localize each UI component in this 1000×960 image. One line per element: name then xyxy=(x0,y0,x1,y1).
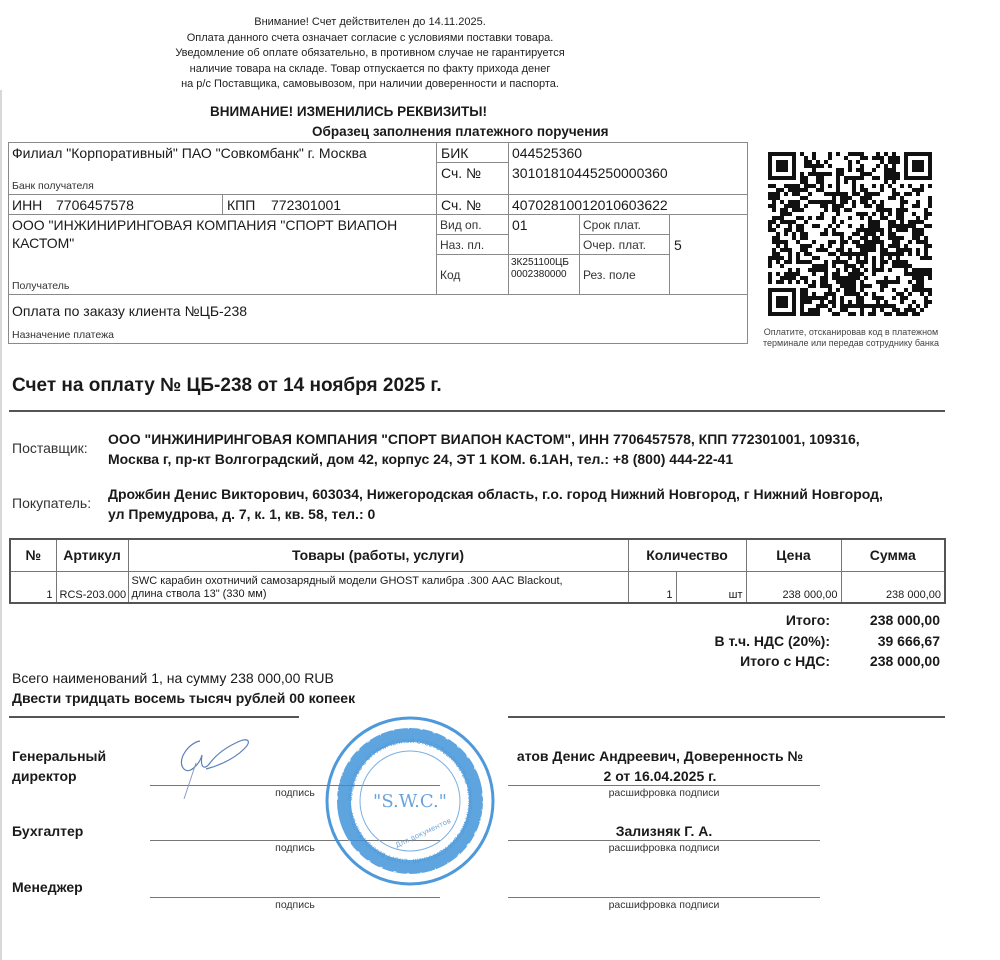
pay-term-label: Срок плат. xyxy=(583,218,641,232)
manager-signature-line xyxy=(150,897,440,898)
total-row: Итого: 238 000,00 xyxy=(600,610,940,631)
kpp-cell: КПП 772301001 xyxy=(222,194,437,215)
manager-decode-line xyxy=(508,897,820,898)
items-count-summary: Всего наименований 1, на сумму 238 000,0… xyxy=(12,670,334,686)
accountant-decode-line xyxy=(508,840,820,841)
recipient-name-line1: ООО "ИНЖИНИРИНГОВАЯ КОМПАНИЯ "СПОРТ ВИАП… xyxy=(12,217,397,233)
manager-decode-caption: расшифровка подписи xyxy=(508,899,820,911)
table-row: 1 RCS-203.000 SWC карабин охотничий само… xyxy=(10,571,945,603)
vat-value: 39 666,67 xyxy=(830,631,940,652)
vat-label: В т.ч. НДС (20%): xyxy=(714,631,830,652)
bank-cell: Филиал "Корпоративный" ПАО "Совкомбанк" … xyxy=(8,142,437,195)
notice-line: наличие товара на складе. Товар отпускае… xyxy=(140,62,600,78)
account-value: 40702810012010603622 xyxy=(512,197,668,213)
reserve-label: Рез. поле xyxy=(583,268,636,282)
col-sum: Сумма xyxy=(841,539,945,571)
op-type-label: Вид оп. xyxy=(440,218,482,232)
svg-text:Для документов: Для документов xyxy=(394,817,452,850)
svg-text:"S.W.C.": "S.W.C." xyxy=(373,791,447,812)
kpp-value: 772301001 xyxy=(271,197,341,213)
code-value-cell: 3К251100ЦБ 0002380000 xyxy=(508,254,580,295)
col-article: Артикул xyxy=(56,539,128,571)
total-vat-label: Итого с НДС: xyxy=(740,651,830,672)
qr-code-icon xyxy=(768,152,932,316)
op-type-value: 01 xyxy=(512,217,528,233)
buyer-line2: ул Премудрова, д. 7, к. 1, кв. 58, тел.:… xyxy=(108,504,948,524)
accountant-name: Зализняк Г. А. xyxy=(508,821,820,841)
supplier-line2: Москва г, пр-кт Волгоградский, дом 42, к… xyxy=(108,449,948,469)
goods-table: № Артикул Товары (работы, услуги) Количе… xyxy=(9,538,946,604)
inn-cell: ИНН 7706457578 xyxy=(8,194,223,215)
bik-value: 044525360 xyxy=(512,145,582,161)
validity-notice: Внимание! Счет действителен до 14.11.202… xyxy=(140,15,600,93)
notice-line: на р/с Поставщика, самовывозом, при нали… xyxy=(140,77,600,93)
purpose-code-label: Наз. пл. xyxy=(440,238,484,252)
op-type-label-cell: Вид оп. xyxy=(436,214,509,235)
corr-label-cell: Сч. № xyxy=(436,162,509,195)
bik-value-cell: 044525360 30101810445250000360 xyxy=(508,142,748,195)
purpose-value: Оплата по заказу клиента №ЦБ-238 xyxy=(12,303,247,319)
payment-order-form: Филиал "Корпоративный" ПАО "Совкомбанк" … xyxy=(8,142,748,344)
notice-line: Оплата данного счета означает согласие с… xyxy=(140,31,600,47)
purpose-cell: Оплата по заказу клиента №ЦБ-238 Назначе… xyxy=(8,294,748,344)
code-label-cell: Код xyxy=(436,254,509,295)
pay-term-label-cell: Срок плат. xyxy=(579,214,670,235)
handwritten-signature-icon xyxy=(170,733,260,803)
vat-row: В т.ч. НДС (20%): 39 666,67 xyxy=(600,631,940,652)
priority-value: 5 xyxy=(674,237,682,253)
purpose-code-label-cell: Наз. пл. xyxy=(436,234,509,255)
total-vat-row: Итого с НДС: 238 000,00 xyxy=(600,651,940,672)
priority-value-cell: 5 xyxy=(669,214,748,295)
bank-name: Филиал "Корпоративный" ПАО "Совкомбанк" … xyxy=(12,145,367,161)
row-num: 1 xyxy=(10,571,56,603)
manager-role: Менеджер xyxy=(12,877,83,897)
bik-label: БИК xyxy=(441,145,468,161)
corr-account-label: Сч. № xyxy=(441,165,481,181)
row-unit: шт xyxy=(676,571,746,603)
row-qty: 1 xyxy=(628,571,676,603)
buyer-label: Покупатель: xyxy=(12,495,91,511)
summary-divider-right xyxy=(508,716,945,718)
accountant-role: Бухгалтер xyxy=(12,821,83,841)
code-label: Код xyxy=(440,268,460,282)
reserve-label-cell: Рез. поле xyxy=(579,254,670,295)
col-goods: Товары (работы, услуги) xyxy=(128,539,628,571)
director-name-line2: 2 от 16.04.2025 г. xyxy=(500,766,820,786)
payment-order-title: Образец заполнения платежного поручения xyxy=(312,124,609,139)
recipient-cell: ООО "ИНЖИНИРИНГОВАЯ КОМПАНИЯ "СПОРТ ВИАП… xyxy=(8,214,437,295)
manager-signature-caption: подпись xyxy=(150,899,440,911)
goods-table-header: № Артикул Товары (работы, услуги) Количе… xyxy=(10,539,945,571)
total-vat-value: 238 000,00 xyxy=(830,651,940,672)
inn-label: ИНН xyxy=(12,197,42,213)
amount-in-words: Двести тридцать восемь тысяч рублей 00 к… xyxy=(12,690,355,706)
bank-label: Банк получателя xyxy=(12,180,94,192)
row-description: SWC карабин охотничий самозарядный модел… xyxy=(128,571,628,603)
supplier-label: Поставщик: xyxy=(12,440,88,456)
row-price: 238 000,00 xyxy=(746,571,841,603)
inn-value: 7706457578 xyxy=(56,197,134,213)
title-divider xyxy=(9,410,945,412)
col-price: Цена xyxy=(746,539,841,571)
row-sum: 238 000,00 xyxy=(841,571,945,603)
supplier-details: ООО "ИНЖИНИРИНГОВАЯ КОМПАНИЯ "СПОРТ ВИАП… xyxy=(108,429,948,469)
recipient-label: Получатель xyxy=(12,280,69,292)
row-description-line1: SWC карабин охотничий самозарядный модел… xyxy=(132,575,625,588)
row-description-line2: длина ствола 13" (330 мм) xyxy=(132,588,625,601)
op-type-value-cell: 01 xyxy=(508,214,580,255)
col-qty: Количество xyxy=(628,539,746,571)
buyer-details: Дрожбин Денис Викторович, 603034, Нижего… xyxy=(108,484,948,524)
director-role: Генеральный директор xyxy=(12,746,106,786)
purpose-label: Назначение платежа xyxy=(12,329,114,341)
col-num: № xyxy=(10,539,56,571)
bik-label-cell: БИК xyxy=(436,142,509,163)
kpp-label: КПП xyxy=(227,197,255,213)
director-decode-caption: расшифровка подписи xyxy=(508,787,820,799)
priority-label-cell: Очер. плат. xyxy=(579,234,670,255)
account-label: Сч. № xyxy=(441,197,481,213)
buyer-line1: Дрожбин Денис Викторович, 603034, Нижего… xyxy=(108,484,948,504)
director-decode-line xyxy=(508,785,820,786)
notice-line: Уведомление об оплате обязательно, в про… xyxy=(140,46,600,62)
director-name-line1: атов Денис Андреевич, Доверенность № xyxy=(500,746,820,766)
summary-divider-left xyxy=(9,716,299,718)
supplier-line1: ООО "ИНЖИНИРИНГОВАЯ КОМПАНИЯ "СПОРТ ВИАП… xyxy=(108,429,948,449)
page-left-edge xyxy=(0,90,2,960)
notice-line: Внимание! Счет действителен до 14.11.202… xyxy=(140,15,600,31)
code-value-line2: 0002380000 xyxy=(511,269,567,281)
qr-caption-line1: Оплатите, отсканировав код в платежном xyxy=(756,327,946,338)
corr-account-value: 30101810445250000360 xyxy=(512,165,668,181)
total-label: Итого: xyxy=(786,610,830,631)
director-role-line2: директор xyxy=(12,766,106,786)
code-value-line1: 3К251100ЦБ xyxy=(511,257,569,269)
priority-label: Очер. плат. xyxy=(583,238,646,252)
requisites-warning: ВНИМАНИЕ! ИЗМЕНИЛИСЬ РЕКВИЗИТЫ! xyxy=(210,104,487,119)
account-value-cell: 40702810012010603622 xyxy=(508,194,748,215)
qr-caption-line2: терминале или передав сотруднику банка xyxy=(756,338,946,349)
row-article: RCS-203.000 xyxy=(56,571,128,603)
invoice-title: Счет на оплату № ЦБ-238 от 14 ноября 202… xyxy=(12,375,442,397)
director-role-line1: Генеральный xyxy=(12,746,106,766)
company-stamp-icon: ОГРН 1 1 5 7 7 4 6 3 1 6 1 0 • ОГРН 1 1 … xyxy=(324,715,496,887)
accountant-decode-caption: расшифровка подписи xyxy=(508,842,820,854)
total-value: 238 000,00 xyxy=(830,610,940,631)
qr-caption: Оплатите, отсканировав код в платежном т… xyxy=(756,327,946,349)
director-name: атов Денис Андреевич, Доверенность № 2 о… xyxy=(500,746,820,786)
recipient-name-line2: КАСТОМ" xyxy=(12,235,74,251)
totals-block: Итого: 238 000,00 В т.ч. НДС (20%): 39 6… xyxy=(600,610,940,672)
